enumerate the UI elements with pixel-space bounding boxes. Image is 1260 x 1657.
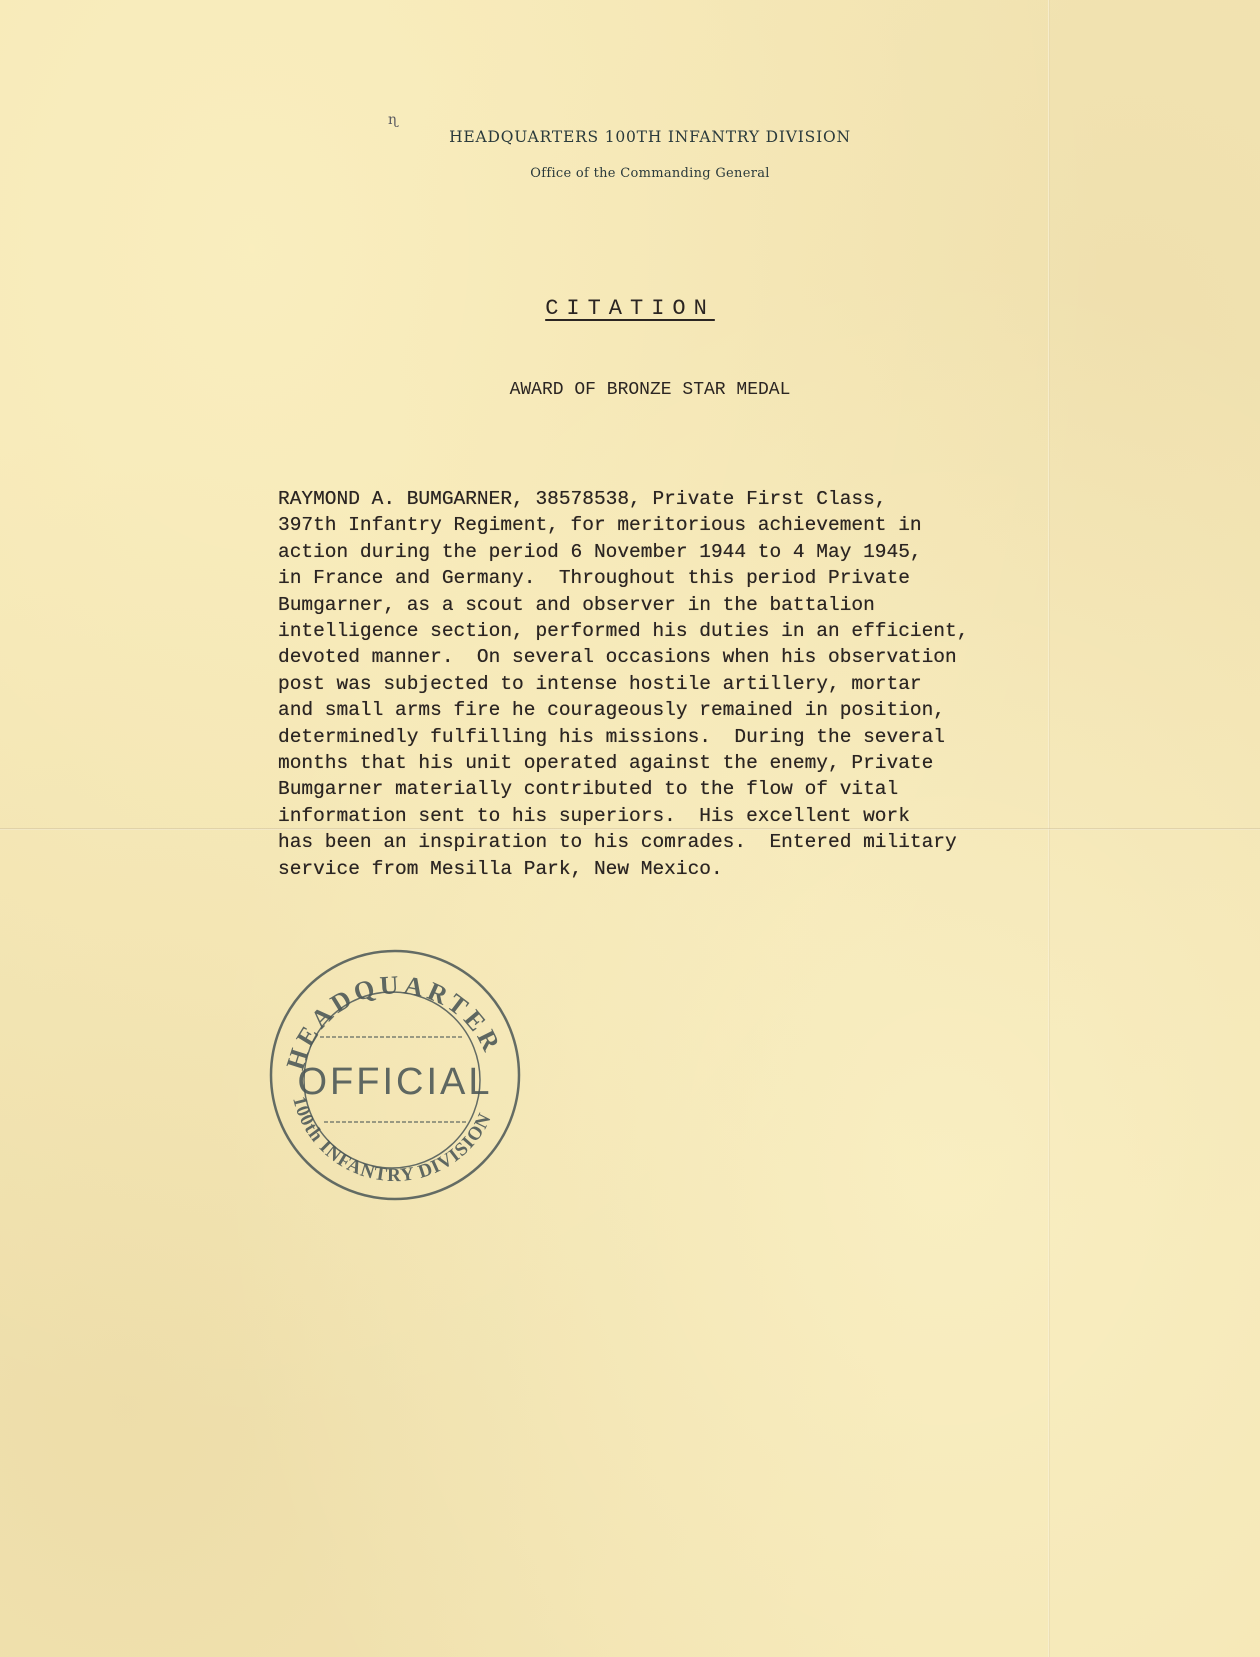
citation-line: information sent to his superiors. His e… xyxy=(278,803,1078,829)
citation-line: devoted manner. On several occasions whe… xyxy=(278,644,1078,670)
citation-line: post was subjected to intense hostile ar… xyxy=(278,671,1078,697)
citation-line: Bumgarner, as a scout and observer in th… xyxy=(278,592,1078,618)
citation-line: in France and Germany. Throughout this p… xyxy=(278,565,1078,591)
letterhead-subtitle: Office of the Commanding General xyxy=(0,166,1260,181)
document-subheading: AWARD OF BRONZE STAR MEDAL xyxy=(0,380,1260,400)
document-heading: CITATION xyxy=(0,296,1260,321)
official-stamp: HEADQUARTERS 100th INFANTRY DIVISION OFF… xyxy=(262,942,528,1208)
stamp-top-text: HEADQUARTERS xyxy=(262,942,507,1073)
heading-text: CITATION xyxy=(545,296,715,321)
svg-text:HEADQUARTERS: HEADQUARTERS xyxy=(262,942,507,1073)
citation-line: service from Mesilla Park, New Mexico. xyxy=(278,856,1078,882)
citation-line: Bumgarner materially contributed to the … xyxy=(278,776,1078,802)
citation-line: has been an inspiration to his comrades.… xyxy=(278,829,1078,855)
citation-line: months that his unit operated against th… xyxy=(278,750,1078,776)
citation-line: action during the period 6 November 1944… xyxy=(278,539,1078,565)
stamp-seal-icon: HEADQUARTERS 100th INFANTRY DIVISION OFF… xyxy=(262,942,528,1208)
letterhead-title: HEADQUARTERS 100TH INFANTRY DIVISION xyxy=(0,128,1260,146)
citation-line: and small arms fire he courageously rema… xyxy=(278,697,1078,723)
citation-body: RAYMOND A. BUMGARNER, 38578538, Private … xyxy=(278,486,1078,882)
pen-mark: ɳ xyxy=(388,112,398,128)
citation-line: 397th Infantry Regiment, for meritorious… xyxy=(278,512,1078,538)
stamp-center-text: OFFICIAL xyxy=(297,1061,492,1103)
citation-line: intelligence section, performed his duti… xyxy=(278,618,1078,644)
citation-line: RAYMOND A. BUMGARNER, 38578538, Private … xyxy=(278,486,1078,512)
citation-line: determinedly fulfilling his missions. Du… xyxy=(278,724,1078,750)
